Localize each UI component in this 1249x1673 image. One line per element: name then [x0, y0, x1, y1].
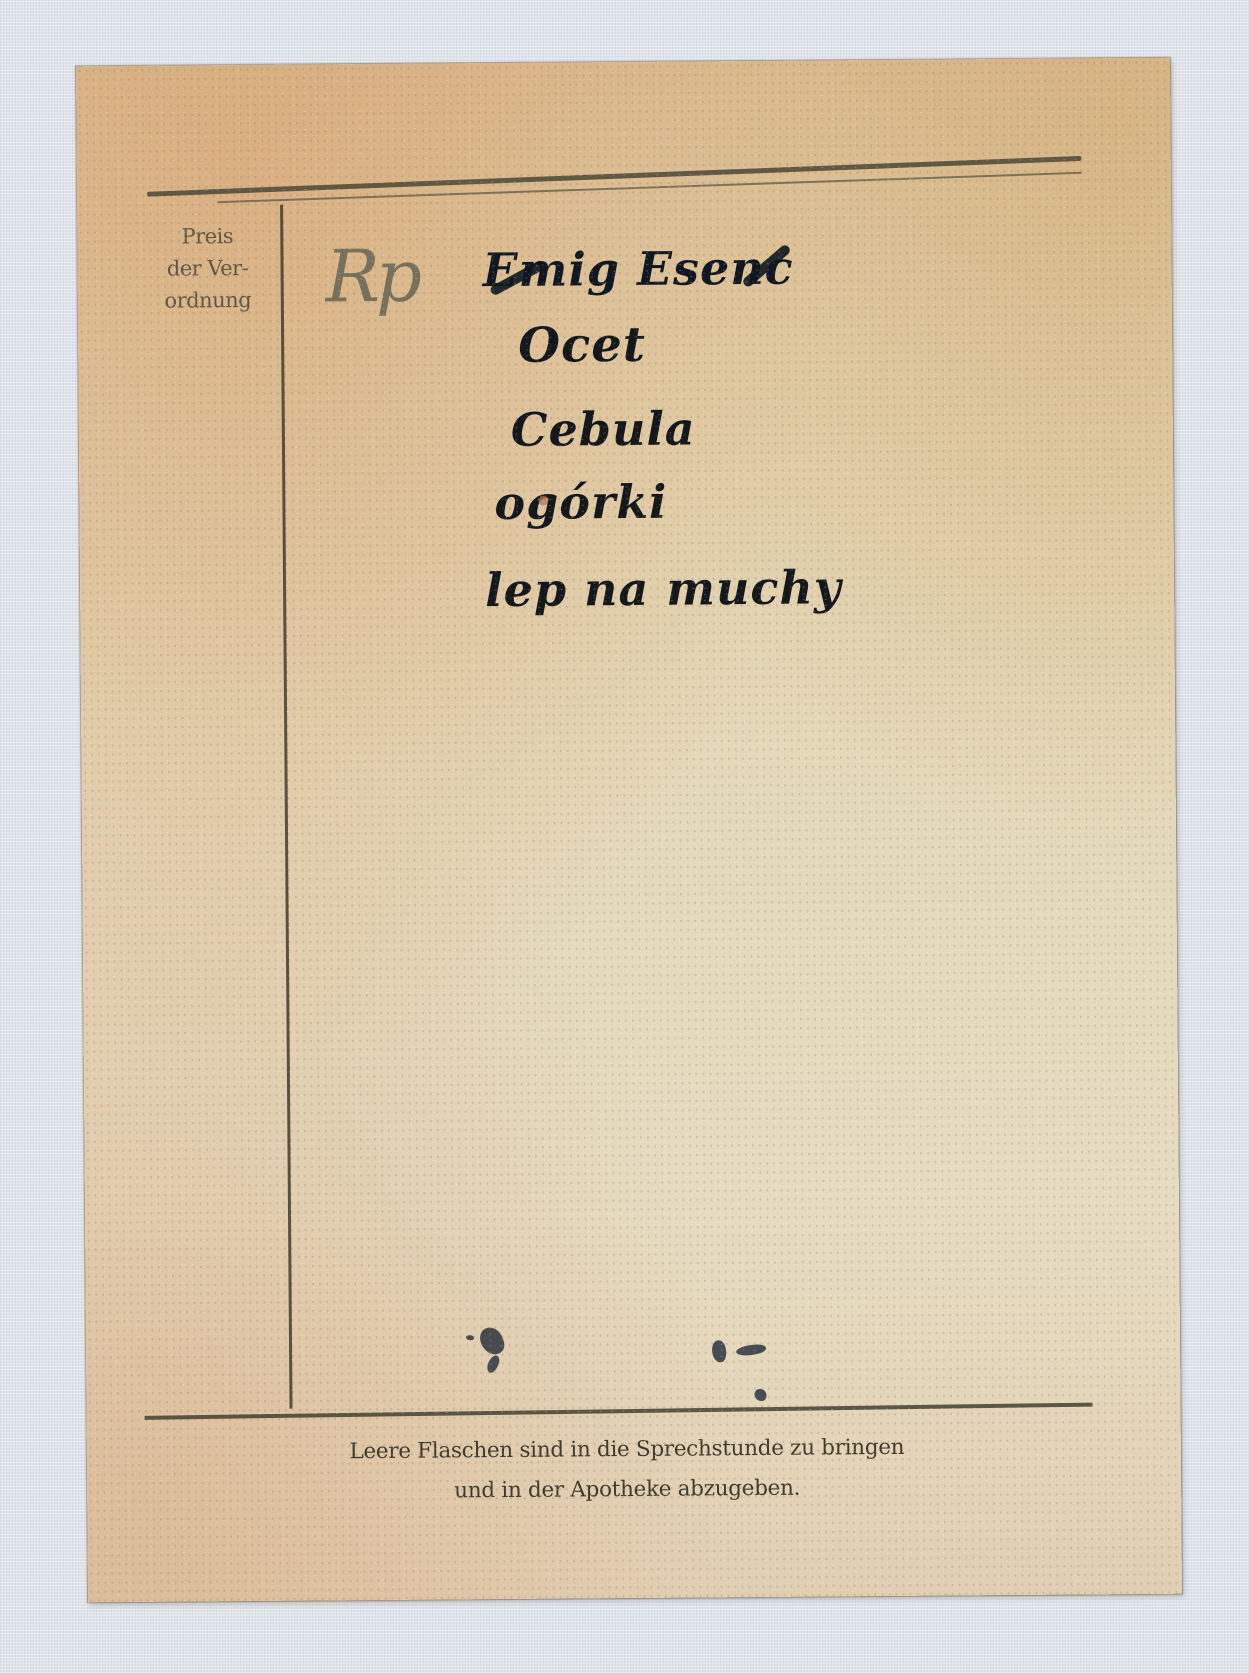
- price-label-line-2: der Ver-: [137, 252, 277, 285]
- price-label-line-3: ordnung: [138, 284, 278, 317]
- ink-blot: [712, 1340, 726, 1362]
- ink-blot: [735, 1342, 766, 1357]
- footer-instructions: Leere Flaschen sind in die Sprechstunde …: [147, 1426, 1108, 1514]
- price-label-line-1: Preis: [137, 220, 277, 253]
- ink-blot: [466, 1335, 474, 1340]
- ink-blot: [484, 1354, 502, 1375]
- rust-stain: [538, 496, 548, 506]
- prescription-sheet: Preis der Ver- ordnung Rp Emig Esenc Oce…: [76, 58, 1182, 1603]
- ink-blot: [477, 1324, 507, 1358]
- rp-symbol: Rp: [325, 234, 418, 319]
- footer-line-2: und in der Apotheke abzugeben.: [147, 1466, 1107, 1514]
- handwritten-item-2: Ocet: [518, 317, 646, 374]
- handwritten-item-5: lep na muchy: [485, 560, 842, 617]
- bottom-rule: [145, 1403, 1093, 1420]
- ink-blot: [754, 1389, 766, 1401]
- handwritten-item-4: ogórki: [494, 475, 668, 530]
- price-column-label: Preis der Ver- ordnung: [137, 220, 278, 317]
- price-column-divider: [280, 205, 292, 1409]
- handwritten-item-3: Cebula: [511, 401, 696, 456]
